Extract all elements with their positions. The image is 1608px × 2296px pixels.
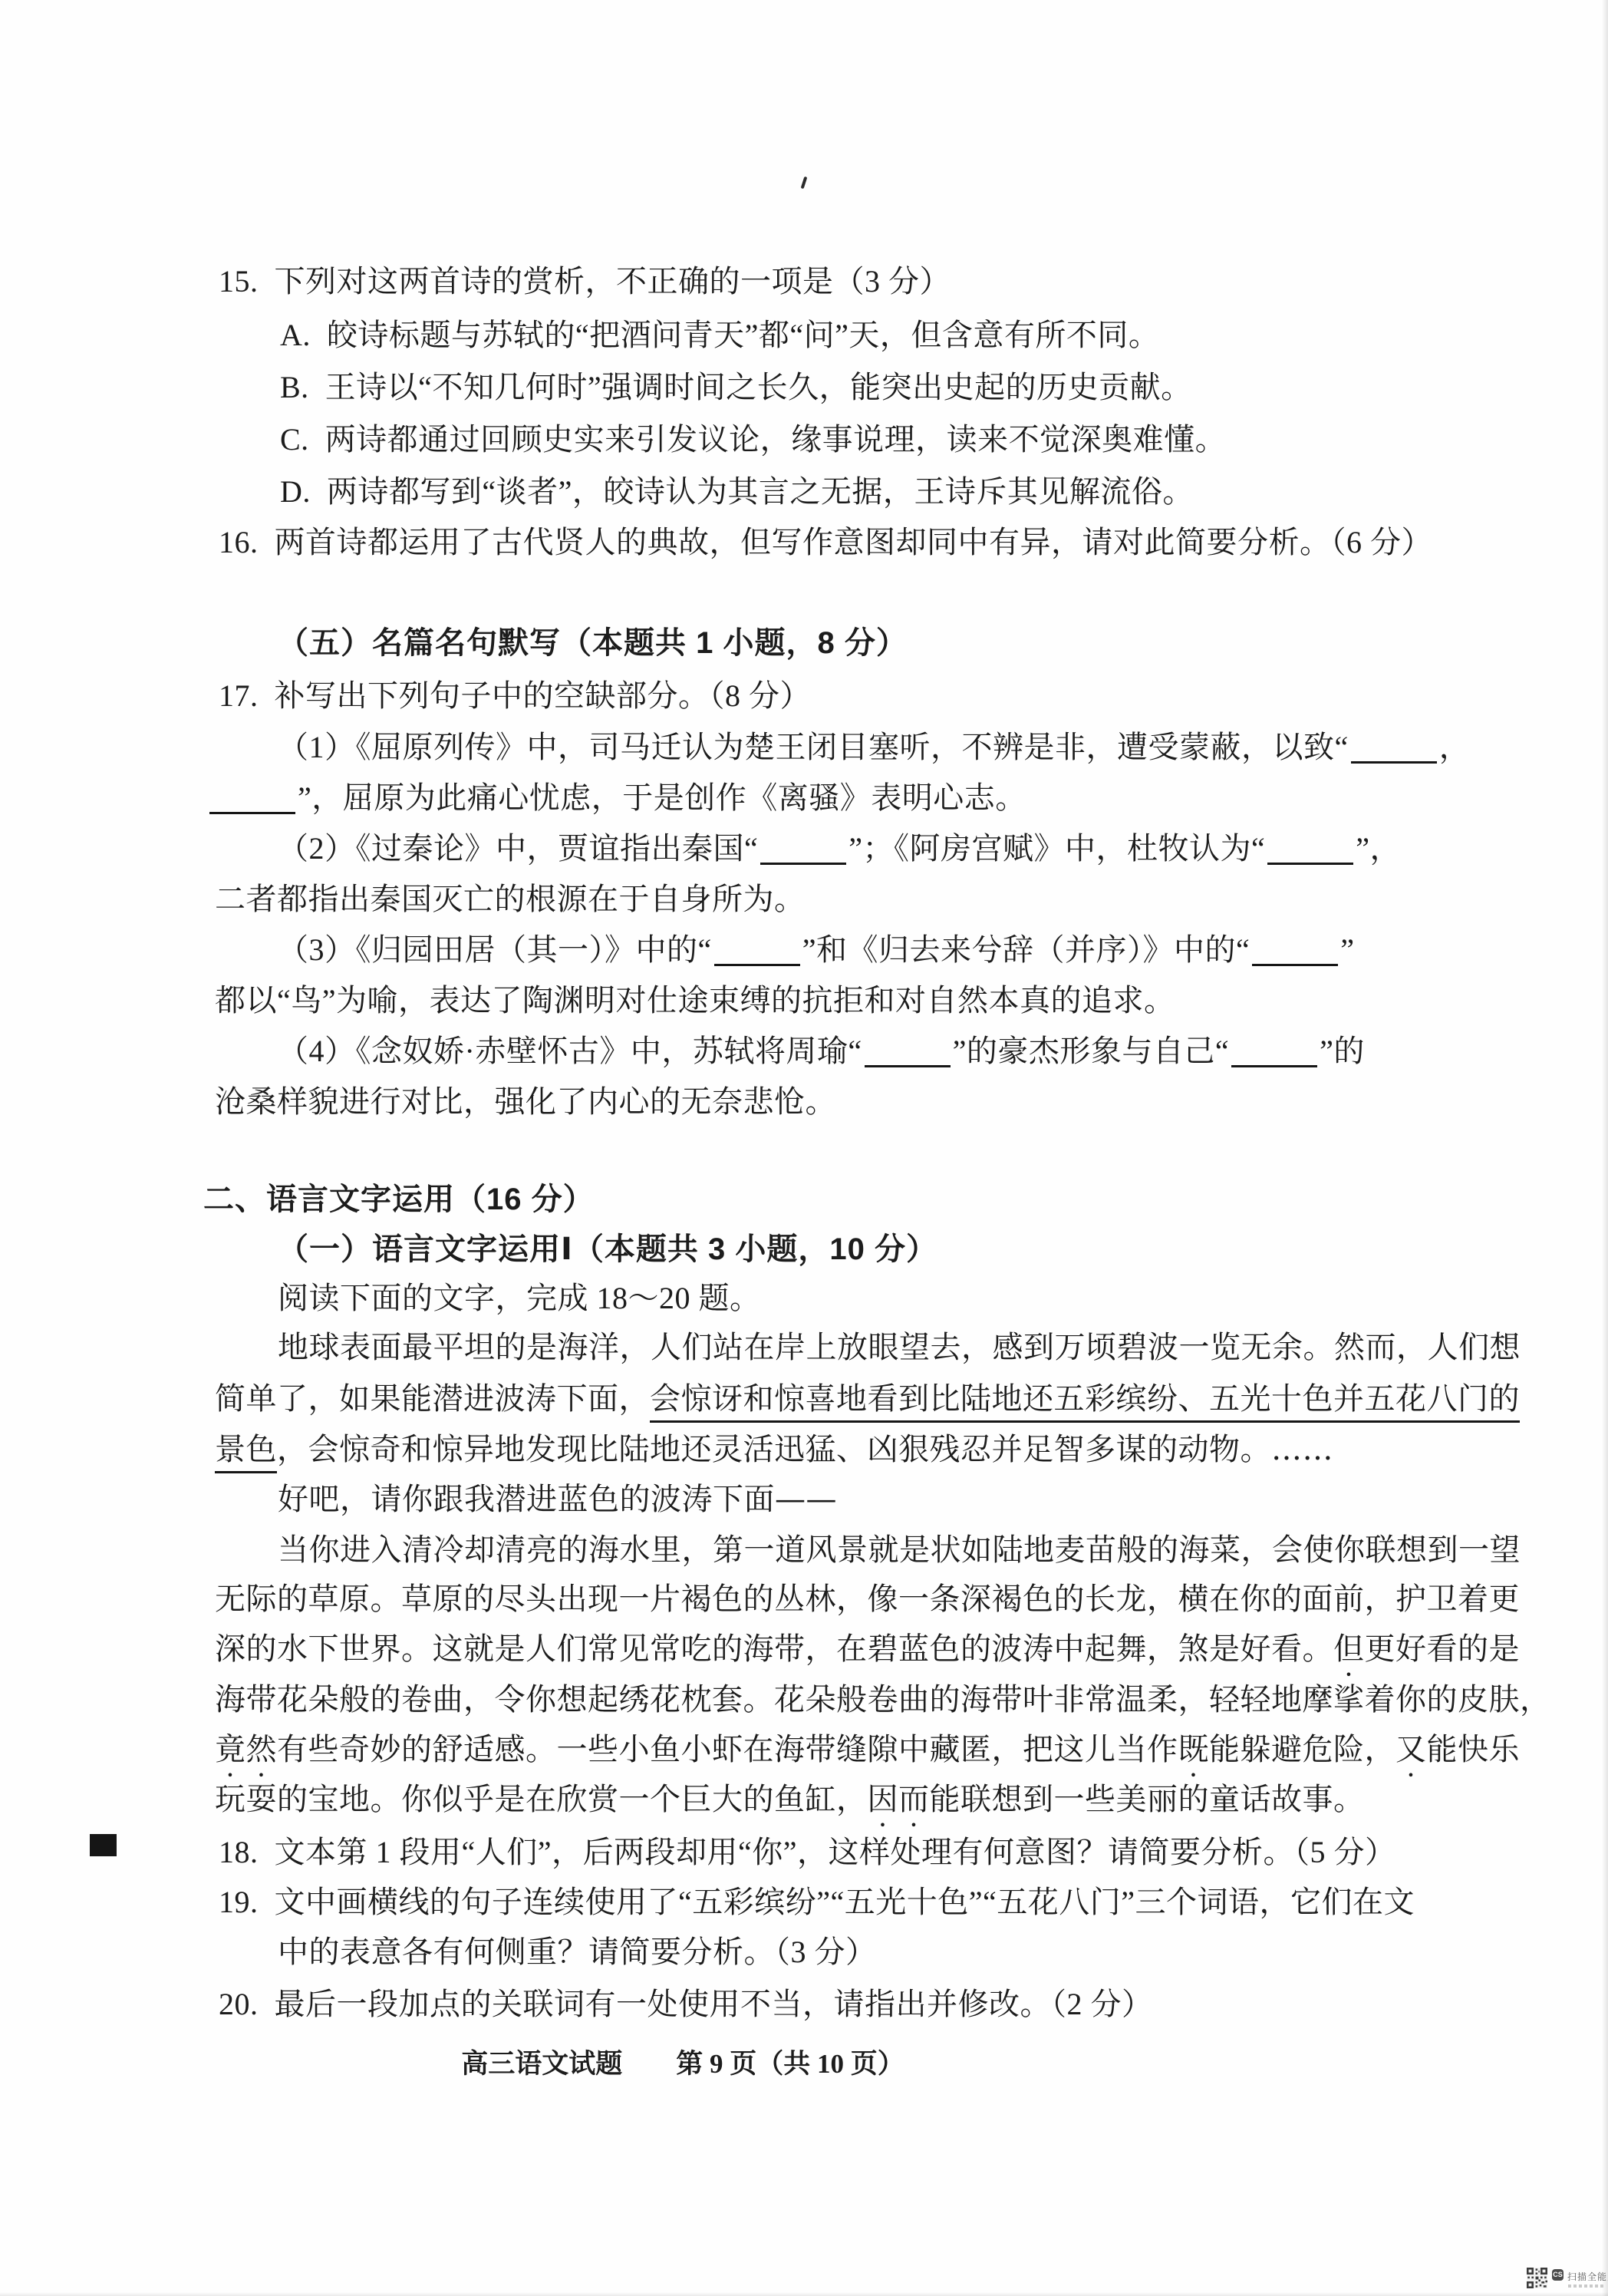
blank-underline [714,955,800,966]
q15-stem: 15. 下列对这两首诗的赏析，不正确的一项是（3 分） [219,263,951,299]
passage-p1-line1: 地球表面最平坦的是海洋，人们站在岸上放眼望去，感到万顷碧波一览无余。然而，人们想 [278,1330,1521,1366]
underlined-sentence: 会惊讶和惊喜地看到比陆地还五彩缤纷、五光十色并五花八门的 [650,1381,1520,1423]
blank-underline [1351,752,1437,764]
passage-p3-line3: 深的水下世界。这就是人们常见常吃的海带，在碧蓝色的波涛中起舞，煞是好看。但更好看… [215,1631,1520,1668]
camscanner-watermark: CS 扫描全能王 [1527,2268,1606,2294]
text-run: 能快乐 [1427,1732,1521,1767]
emphasized-char: 但 [1333,1631,1365,1668]
q18-stem: 18. 文本第 1 段用“人们”，后两段却用“你”，这样处理有何意图？请简要分析… [219,1834,1396,1870]
text-run: 二、语言文字运用（16 分） [203,1183,595,1216]
camscanner-logo-icon: CS [1552,2269,1564,2281]
section-2-heading: 二、语言文字运用（16 分） [203,1182,595,1218]
text-run: ”的 [1320,1034,1365,1068]
scan-edge-shadow-right [1602,0,1608,2296]
qr-code-icon [1527,2268,1547,2288]
scan-edge-shadow-bottom [0,2292,1608,2296]
text-run: 20. 最后一段加点的关联词有一处使用不当，请指出并修改。（2 分） [219,1987,1153,2021]
text-run: 好吧，请你跟我潜进蓝色的波涛下面—— [278,1482,837,1517]
q17-stem: 17. 补写出下列句子中的空缺部分。（8 分） [219,678,811,714]
text-run: 玩耍的宝地。你似乎是在欣赏一个巨大的鱼缸， [215,1782,868,1817]
text-run: 地球表面最平坦的是海洋，人们站在岸上放眼望去，感到万顷碧波一览无余。然而，人们想 [278,1330,1521,1365]
q17-item3-line1: （3）《归园田居（其一）》中的“”和《归去来兮辞（并序）》中的“” [278,932,1355,968]
text-run: 有些奇妙的舒适感。一些小鱼小虾在海带缝隙中藏匿，把这儿当作 [277,1732,1178,1767]
blank-underline [209,803,295,814]
q16-stem: 16. 两首诗都运用了古代贤人的典故，但写作意图却同中有异，请对此简要分析。（6… [219,524,1432,560]
text-run: ” [1340,932,1354,967]
q17-item4-line2: 沧桑样貌进行对比，强化了内心的无奈悲怆。 [215,1084,836,1120]
passage-p3-line1: 当你进入清冷却清亮的海水里，第一道风景就是状如陆地麦苗般的海菜，会使你联想到一望 [278,1532,1521,1569]
exam-page: 15. 下列对这两首诗的赏析，不正确的一项是（3 分）A. 皎诗标题与苏轼的“把… [0,0,1608,2296]
text-run: D. 两诗都写到“谈者”，皎诗认为其言之无据，王诗斥其见解流俗。 [280,474,1194,509]
q19-stem-line1: 19. 文中画横线的句子连续使用了“五彩缤纷”“五光十色”“五花八门”三个词语，… [219,1884,1415,1920]
emphasized-char: 既 [1178,1732,1210,1768]
text-run: 都以“鸟”为喻，表达了陶渊明对仕途束缚的抗拒和对自然本真的追求。 [215,983,1175,1018]
q15-option-a: A. 皎诗标题与苏轼的“把酒问青天”都“问”天，但含意有所不同。 [280,317,1159,353]
text-run: ”和《归去来兮辞（并序）》中的“ [802,932,1250,967]
text-run: 能躲避危险， [1209,1732,1395,1767]
underlined-sentence: 景色 [215,1432,277,1473]
emphasized-char: 然 [246,1732,278,1768]
q15-option-d: D. 两诗都写到“谈者”，皎诗认为其言之无据，王诗斥其见解流俗。 [280,473,1194,510]
text-run: ”， [1356,831,1401,866]
emphasized-char: 又 [1395,1732,1427,1768]
text-run: ”；《阿房宫赋》中，杜牧认为“ [848,831,1265,866]
text-run: B. 王诗以“不知几何时”强调时间之长久，能突出史起的历史贡献。 [280,370,1192,404]
q17-item1-line1: （1）《屈原列传》中，司马迁认为楚王闭目塞听，不辨是非，遭受蒙蔽，以致“， [278,729,1470,765]
subsection-1-heading: （一）语言文字运用Ⅰ（本题共 3 小题，10 分） [278,1232,937,1268]
passage-p3-line5: 竟然有些奇妙的舒适感。一些小鱼小虾在海带缝隙中藏匿，把这儿当作既能躲避危险，又能… [215,1732,1520,1768]
passage-p3-line6: 玩耍的宝地。你似乎是在欣赏一个巨大的鱼缸，因而能联想到一些美丽的童话故事。 [215,1782,1365,1818]
section-5-heading: （五）名篇名句默写（本题共 1 小题，8 分） [278,625,908,661]
text-run: ， [1439,730,1471,764]
text-run: （五）名篇名句默写（本题共 1 小题，8 分） [278,626,908,660]
passage-p2-line1: 好吧，请你跟我潜进蓝色的波涛下面—— [278,1482,837,1518]
q17-item3-line2: 都以“鸟”为喻，表达了陶渊明对仕途束缚的抗拒和对自然本真的追求。 [215,982,1175,1018]
text-run: 当你进入清冷却清亮的海水里，第一道风景就是状如陆地麦苗般的海菜，会使你联想到一望 [278,1532,1521,1568]
camscanner-subline [1568,2284,1603,2288]
footer-spacer [622,2049,676,2079]
emphasized-char: 因 [868,1782,899,1818]
footer-page-indicator: 第 9 页（共 10 页） [676,2049,904,2079]
text-run: （3）《归园田居（其一）》中的“ [278,932,712,967]
text-run: 简单了，如果能潜进波涛下面， [215,1381,650,1417]
emphasized-char: 而 [898,1782,930,1818]
text-run: ”，屈原为此痛心忧虑，于是创作《离骚》表明心志。 [298,780,1026,815]
blank-underline [760,853,846,865]
passage-p3-line2: 无际的草原。草原的尽头出现一片褐色的丛林，像一条深褐色的长龙，横在你的面前，护卫… [215,1582,1520,1618]
blank-underline [1267,853,1353,865]
footer-doc-title: 高三语文试题 [461,2049,622,2079]
q15-option-b: B. 王诗以“不知几何时”强调时间之长久，能突出史起的历史贡献。 [280,369,1192,405]
text-run: 中的表意各有何侧重？请简要分析。（3 分） [278,1935,877,1969]
page-footer: 高三语文试题 第 9 页（共 10 页） [414,2043,951,2081]
text-run: 16. 两首诗都运用了古代贤人的典故，但写作意图却同中有异，请对此简要分析。（6… [219,525,1432,559]
text-run: （一）语言文字运用Ⅰ（本题共 3 小题，10 分） [278,1232,937,1266]
q19-stem-line2: 中的表意各有何侧重？请简要分析。（3 分） [278,1934,877,1970]
q17-item2-line1: （2）《过秦论》中，贾谊指出秦国“”；《阿房宫赋》中，杜牧认为“”， [278,830,1401,866]
text-run: ”的豪杰形象与自己“ [953,1034,1230,1068]
passage-p1-line2: 简单了，如果能潜进波涛下面，会惊讶和惊喜地看到比陆地还五彩缤纷、五光十色并五花八… [215,1381,1520,1417]
emphasized-char: 竟 [215,1732,246,1768]
text-run: ，会惊奇和惊异地发现比陆地还灵活迅猛、凶狠残忍并足智多谋的动物。…… [277,1432,1333,1467]
text-run: 海带花朵般的卷曲，令你想起绣花枕套。花朵般卷曲的海带叶非常温柔，轻轻地摩挲着你的… [215,1682,1551,1717]
text-run: 19. 文中画横线的句子连续使用了“五彩缤纷”“五光十色”“五花八门”三个词语，… [219,1885,1415,1919]
passage-p1-line3: 景色，会惊奇和惊异地发现比陆地还灵活迅猛、凶狠残忍并足智多谋的动物。…… [215,1432,1333,1468]
text-run: C. 两诗都通过回顾史实来引发议论，缘事说理，读来不觉深奥难懂。 [280,422,1226,457]
q17-item4-line1: （4）《念奴娇·赤壁怀古》中，苏轼将周瑜“”的豪杰形象与自己“”的 [278,1033,1365,1069]
blank-underline [865,1056,951,1067]
camscanner-app-name: 扫描全能王 [1567,2270,1608,2283]
q17-item1-line2: ”，屈原为此痛心忧虑，于是创作《离骚》表明心志。 [207,780,1026,816]
q20-stem: 20. 最后一段加点的关联词有一处使用不当，请指出并修改。（2 分） [219,1986,1153,2022]
q17-item2-line2: 二者都指出秦国灭亡的根源在于自身所为。 [215,881,806,917]
text-run: 二者都指出秦国灭亡的根源在于自身所为。 [215,882,806,916]
text-run: 18. 文本第 1 段用“人们”，后两段却用“你”，这样处理有何意图？请简要分析… [219,1835,1396,1869]
text-run: 深的水下世界。这就是人们常见常吃的海带，在碧蓝色的波涛中起舞，煞是好看。 [215,1631,1333,1667]
text-run: （2）《过秦论》中，贾谊指出秦国“ [278,831,758,866]
blank-underline [1231,1056,1317,1067]
passage-p3-line4: 海带花朵般的卷曲，令你想起绣花枕套。花朵般卷曲的海带叶非常温柔，轻轻地摩挲着你的… [215,1682,1551,1718]
text-run: 17. 补写出下列句子中的空缺部分。（8 分） [219,678,811,713]
text-run: （1）《屈原列传》中，司马迁认为楚王闭目塞听，不辨是非，遭受蒙蔽，以致“ [278,730,1349,764]
q15-option-c: C. 两诗都通过回顾史实来引发议论，缘事说理，读来不觉深奥难懂。 [280,421,1226,457]
text-run: 15. 下列对这两首诗的赏析，不正确的一项是（3 分） [219,264,951,299]
reading-instruction: 阅读下面的文字，完成 18～20 题。 [278,1280,761,1316]
text-run: 沧桑样貌进行对比，强化了内心的无奈悲怆。 [215,1084,836,1119]
text-run: 能联想到一些美丽的童话故事。 [930,1782,1365,1817]
text-run: A. 皎诗标题与苏轼的“把酒问青天”都“问”天，但含意有所不同。 [280,318,1159,352]
text-run: 阅读下面的文字，完成 18～20 题。 [278,1281,761,1315]
text-run: 更好看的是 [1365,1631,1521,1667]
stray-pen-mark [801,176,808,189]
text-run: 无际的草原。草原的尽头出现一片褐色的丛林，像一条深褐色的长龙，横在你的面前，护卫… [215,1582,1520,1617]
scan-artifact-square [90,1834,117,1856]
blank-underline [1252,955,1338,966]
text-run: （4）《念奴娇·赤壁怀古》中，苏轼将周瑜“ [278,1034,862,1068]
